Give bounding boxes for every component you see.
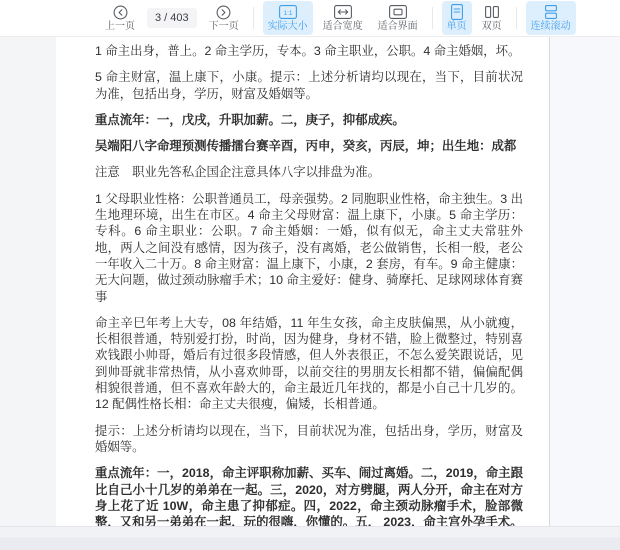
paragraph: 吴端阳八字命理预测传播擂台赛辛酉，丙申，癸亥，丙辰，坤；出生地：成都: [95, 138, 523, 154]
toolbar-divider: [432, 7, 433, 29]
actual-size-icon: 1:1: [279, 4, 297, 20]
paragraph: 提示：上述分析请均以现在，当下，目前状况为准，包括出身，学历，财富及婚姻等。: [95, 423, 523, 456]
paragraph: 重点流年：一，戊戌，升职加薪。二，庚子，抑郁成疾。: [95, 112, 523, 128]
actual-size-label: 实际大小: [268, 21, 308, 32]
continuous-scroll-label: 连续滚动: [531, 21, 571, 32]
paragraph: 1 父母职业性格：公职普通员工，母亲强势。2 同胞职业性格，命主独生。3 出生地…: [95, 191, 523, 305]
document-page: 1 命主出身，普上。2 命主学历，专本。3 命主职业，公职。4 命主婚姻，坏。5…: [56, 37, 549, 526]
single-page-icon: [450, 4, 464, 20]
double-page-icon: [484, 4, 500, 20]
toolbar-divider: [516, 7, 517, 29]
paragraph: 注意 职业先答私企国企注意具体八字以排盘为准。: [95, 164, 523, 180]
left-gutter: [0, 37, 56, 526]
fit-page-label: 适合界面: [378, 21, 418, 32]
single-page-label: 单页: [447, 21, 467, 32]
pdf-reader-window: 上一页 3 / 403 下一页 1:1 实际大小: [0, 0, 620, 550]
circle-chevron-left-icon: [113, 4, 128, 20]
continuous-scroll-button[interactable]: 连续滚动: [526, 1, 576, 35]
double-page-label: 双页: [482, 21, 502, 32]
paragraph: 5 命主财富，温上康下，小康。提示：上述分析请均以现在，当下，目前状况为准，包括…: [95, 69, 523, 102]
paragraph: 命主辛巳年考上大专，08 年结婚，11 年生女孩，命主皮肤偏黑，从小就瘦，长相很…: [95, 315, 523, 413]
toolbar-divider: [253, 7, 254, 29]
paragraph: 重点流年：一，2018，命主评职称加薪、买车、闹过离婚。二，2019，命主跟比自…: [95, 465, 523, 526]
document-viewport[interactable]: 1 命主出身，普上。2 命主学历，专本。3 命主职业，公职。4 命主婚姻，坏。5…: [0, 37, 620, 526]
right-panel: [549, 37, 620, 526]
fit-width-icon: [334, 4, 352, 20]
next-page-button[interactable]: 下一页: [204, 1, 244, 35]
paragraph: 1 命主出身，普上。2 命主学历，专本。3 命主职业，公职。4 命主婚姻，坏。: [95, 43, 523, 59]
prev-page-label: 上一页: [105, 21, 135, 32]
fit-width-button[interactable]: 适合宽度: [318, 1, 368, 35]
double-page-button[interactable]: 双页: [477, 1, 507, 35]
continuous-scroll-icon: [543, 4, 559, 20]
actual-size-button[interactable]: 1:1 实际大小: [263, 1, 313, 35]
fit-width-label: 适合宽度: [323, 21, 363, 32]
next-page-label: 下一页: [209, 21, 239, 32]
fit-page-icon: [389, 4, 407, 20]
page-number-input[interactable]: 3 / 403: [147, 8, 197, 28]
single-page-button[interactable]: 单页: [442, 1, 472, 35]
bottom-status-bar: [0, 526, 620, 550]
prev-page-button[interactable]: 上一页: [100, 1, 140, 35]
circle-chevron-right-icon: [216, 4, 231, 20]
svg-text:1:1: 1:1: [283, 10, 292, 17]
fit-page-button[interactable]: 适合界面: [373, 1, 423, 35]
reader-toolbar: 上一页 3 / 403 下一页 1:1 实际大小: [0, 0, 620, 37]
